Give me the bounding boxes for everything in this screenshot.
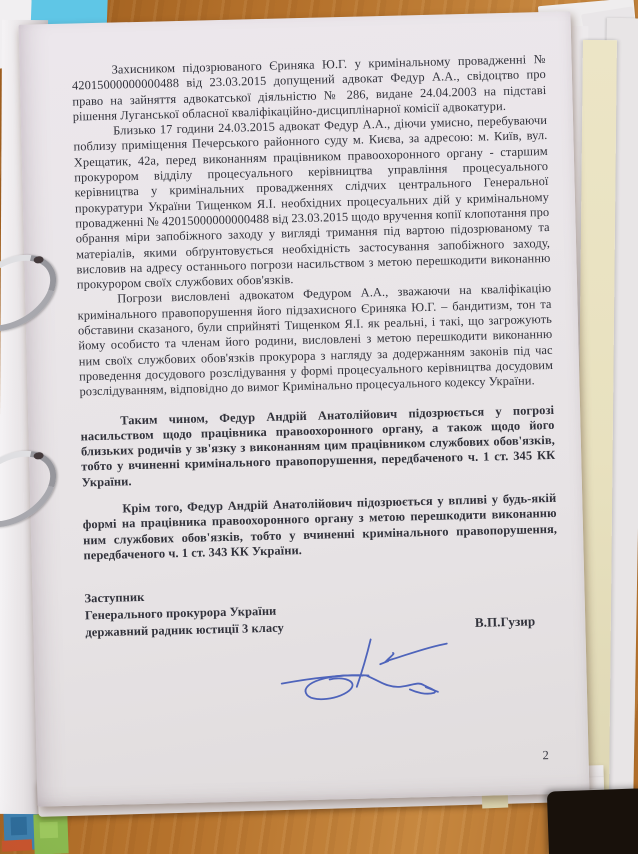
paragraph-charge-343: Крім того, Федур Андрій Анатолійович під… [82, 491, 557, 564]
paragraph-facts: Близько 17 години 24.03.2015 адвокат Фед… [73, 113, 551, 293]
sticky-tab-inner-square [40, 822, 59, 839]
signer-title: Заступник Генерального прокурора України… [84, 586, 284, 642]
photo-scene: Захисником підозрюваного Єриняка Ю.Г. у … [0, 0, 638, 854]
dark-object-bottom-right [547, 788, 638, 854]
paragraph-threat-assessment: Погрози висловлені адвокатом Федуром А.А… [77, 281, 553, 400]
sticky-tab-inner-square [11, 817, 28, 836]
paragraph-intro: Захисником підозрюваного Єриняка Ю.Г. у … [71, 52, 546, 125]
sticky-tab-orange-bottom [2, 839, 33, 852]
sticky-tab-green-bottom [33, 813, 68, 854]
page-number: 2 [542, 748, 549, 763]
document-page: Захисником підозрюваного Єриняка Ю.Г. у … [19, 11, 590, 806]
paragraph-charge-345: Таким чином, Федур Андрій Анатолійович п… [80, 402, 556, 490]
signer-title-line: державний радник юстиції 3 класу [85, 620, 284, 642]
signature-scribble [266, 623, 493, 733]
